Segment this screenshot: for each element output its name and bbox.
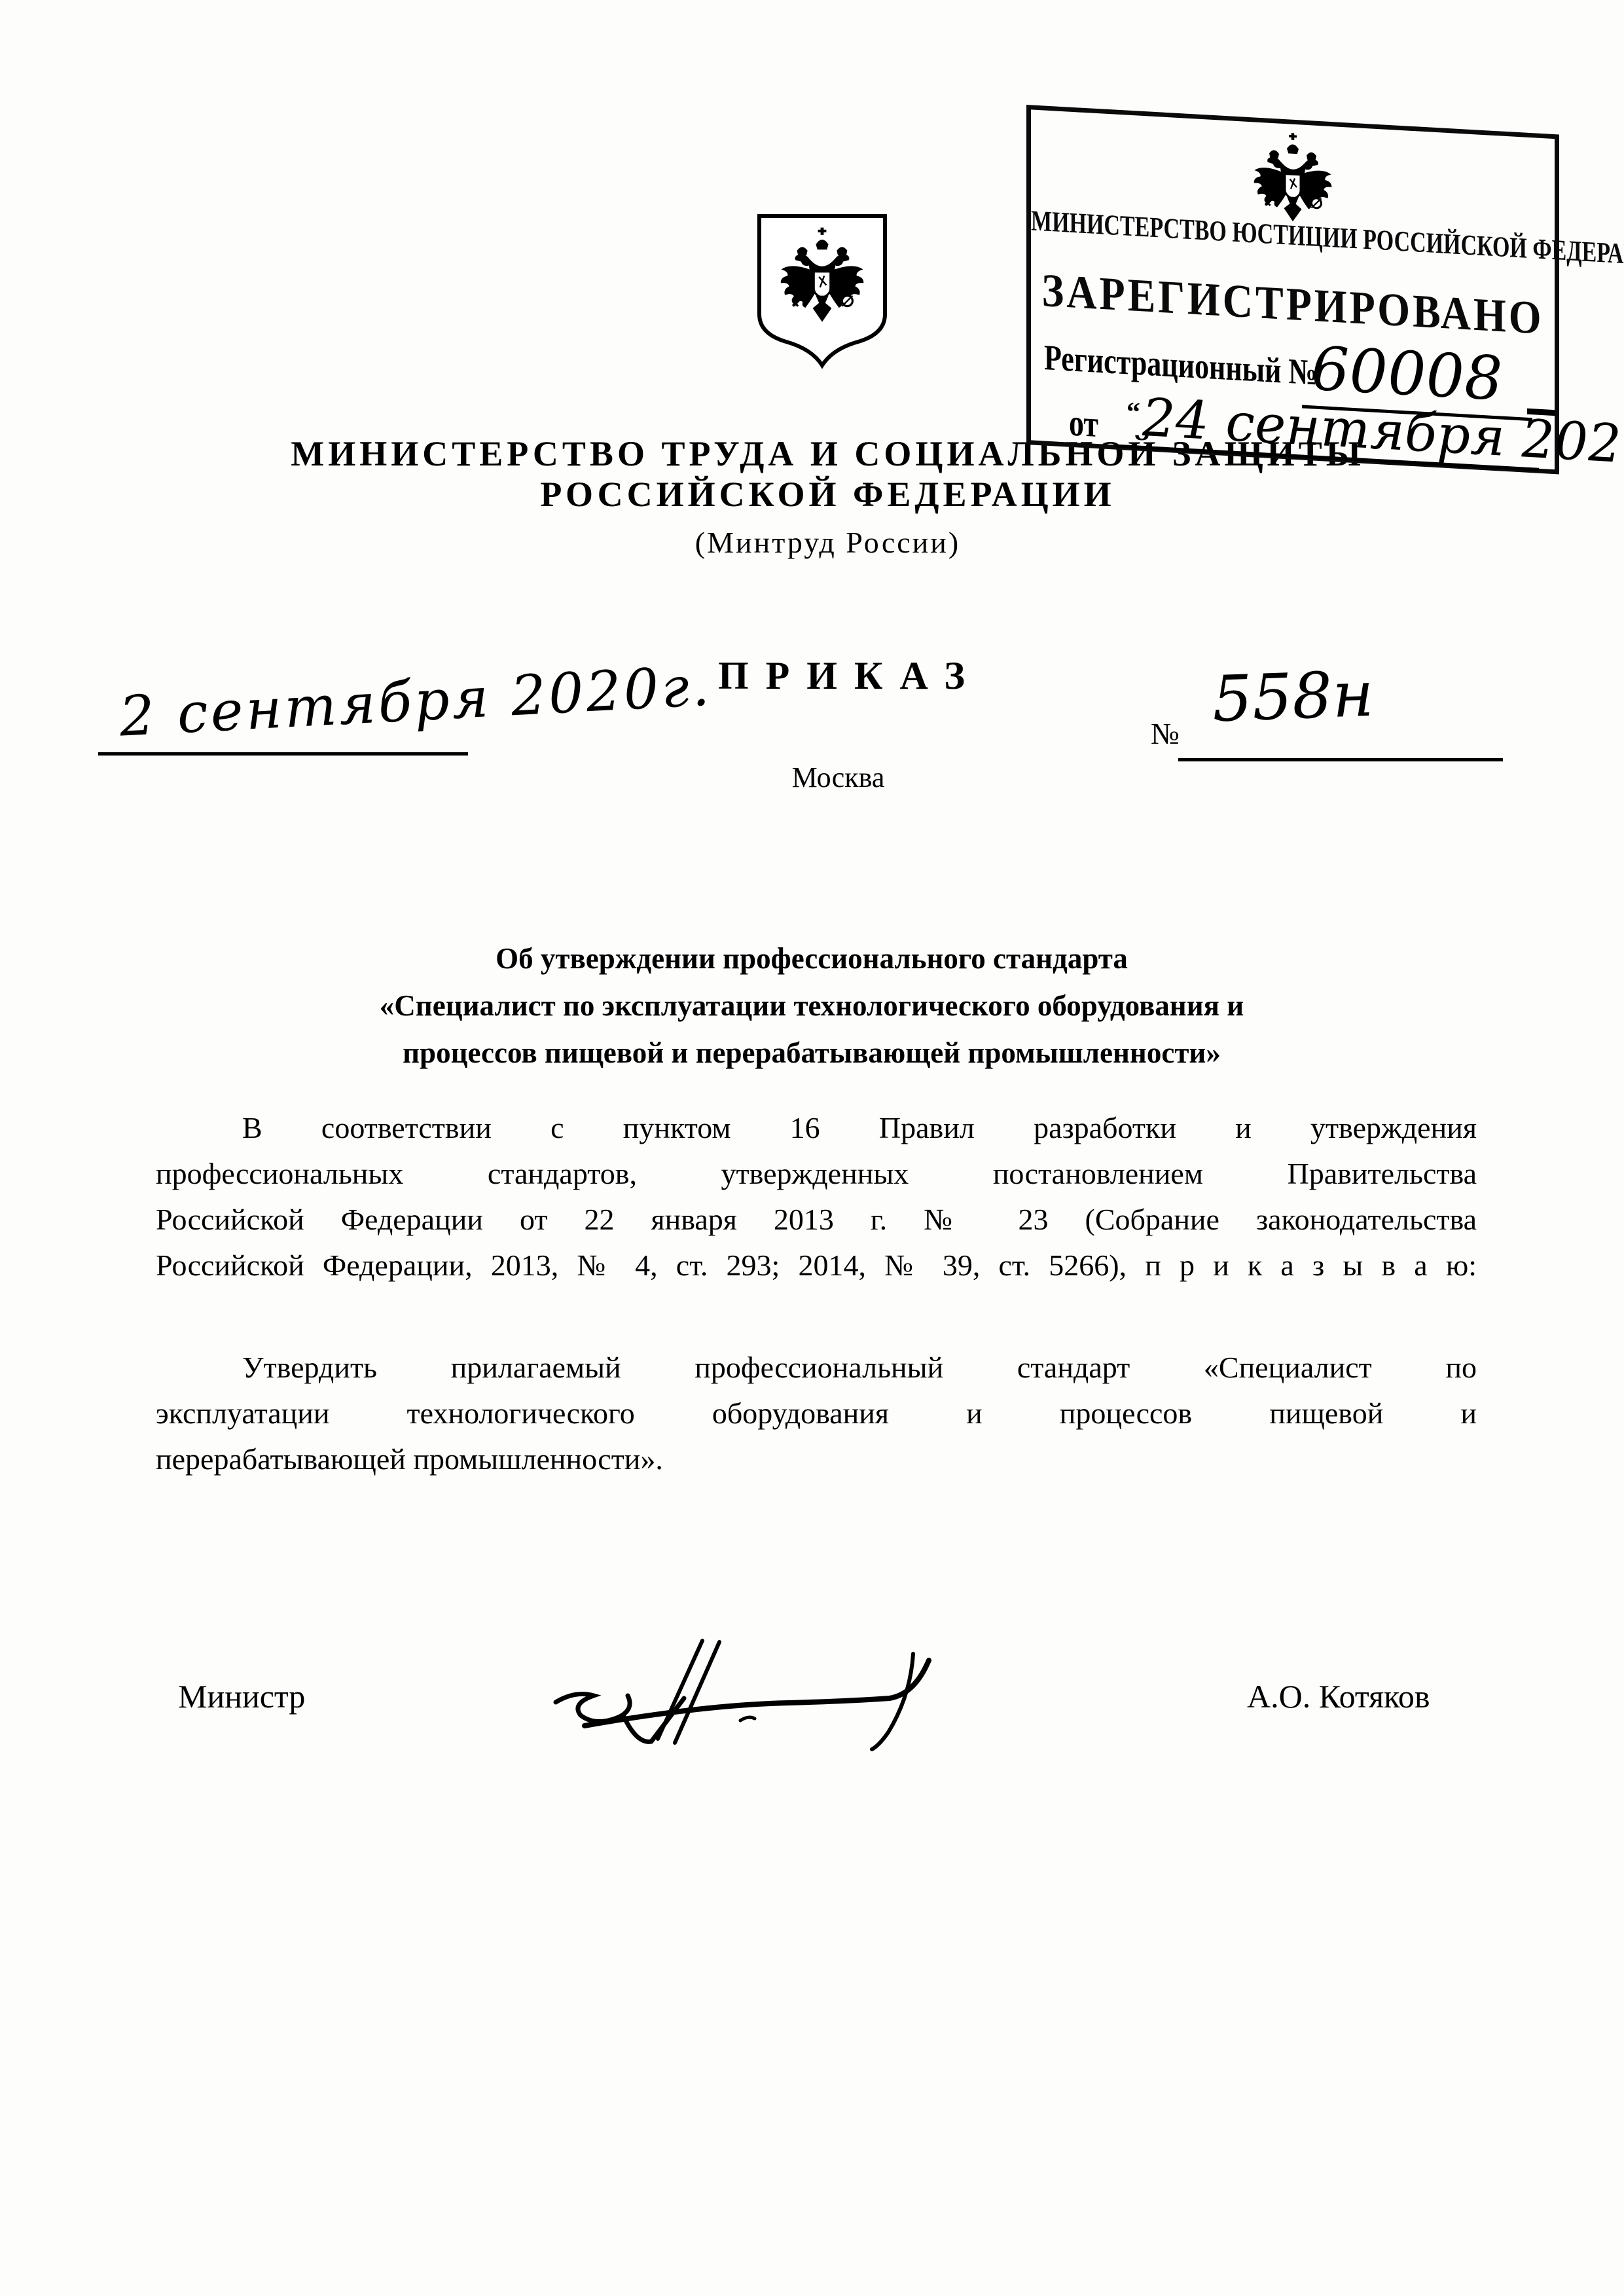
stamp-date-label: от: [1069, 401, 1098, 446]
paragraph-line: перерабатывающей промышленности».: [156, 1436, 1477, 1482]
paragraph-line: эксплуатации технологического оборудован…: [156, 1391, 1477, 1436]
document-city: Москва: [26, 761, 1624, 794]
body-paragraph-1: В соответствии с пунктом 16 Правил разра…: [156, 1105, 1477, 1288]
handwritten-order-number: 558н: [1211, 657, 1375, 737]
scanned-order-page: МИНИСТЕРСТВО ЮСТИЦИИ РОССИЙСКОЙ ФЕДЕРАЦИ…: [0, 0, 1624, 2296]
paragraph-line: Российской Федерации, 2013, № 4, ст. 293…: [156, 1243, 1477, 1288]
minister-signature-icon: [547, 1635, 1011, 1760]
body-paragraph-2: Утвердить прилагаемый профессиональный с…: [156, 1345, 1477, 1482]
order-title-line-2: «Специалист по эксплуатации технологичес…: [157, 982, 1466, 1029]
order-title: Об утверждении профессионального стандар…: [157, 935, 1466, 1076]
registration-stamp: МИНИСТЕРСТВО ЮСТИЦИИ РОССИЙСКОЙ ФЕДЕРАЦИ…: [1026, 105, 1559, 475]
paragraph-line: Российской Федерации от 22 января 2013 г…: [156, 1197, 1477, 1243]
paragraph-line: В соответствии с пунктом 16 Правил разра…: [156, 1105, 1477, 1151]
stamp-reg-number-label: Регистрационный №: [1044, 337, 1318, 393]
coat-of-arms-icon: [751, 211, 893, 373]
ministry-short-name: (Минтруд России): [16, 525, 1624, 560]
order-body: В соответствии с пунктом 16 Правил разра…: [156, 1105, 1477, 1482]
signer-name: А.О. Котяков: [1247, 1677, 1430, 1715]
ministry-name-line-2: РОССИЙСКОЙ ФЕДЕРАЦИИ: [16, 474, 1624, 515]
order-number-underline: [1178, 758, 1503, 761]
order-title-line-3: процессов пищевой и перерабатывающей про…: [157, 1029, 1466, 1076]
paragraph-line: Утвердить прилагаемый профессиональный с…: [156, 1345, 1477, 1391]
stamp-registered-label: ЗАРЕГИСТРИРОВАНО: [1031, 263, 1555, 346]
stamp-open-quote: “: [1127, 397, 1140, 429]
order-title-line-1: Об утверждении профессионального стандар…: [157, 935, 1466, 982]
signer-position-label: Министр: [178, 1677, 305, 1715]
paragraph-line: профессиональных стандартов, утвержденны…: [156, 1151, 1477, 1197]
order-date-underline: [98, 752, 468, 756]
order-number-label: №: [1151, 716, 1180, 751]
